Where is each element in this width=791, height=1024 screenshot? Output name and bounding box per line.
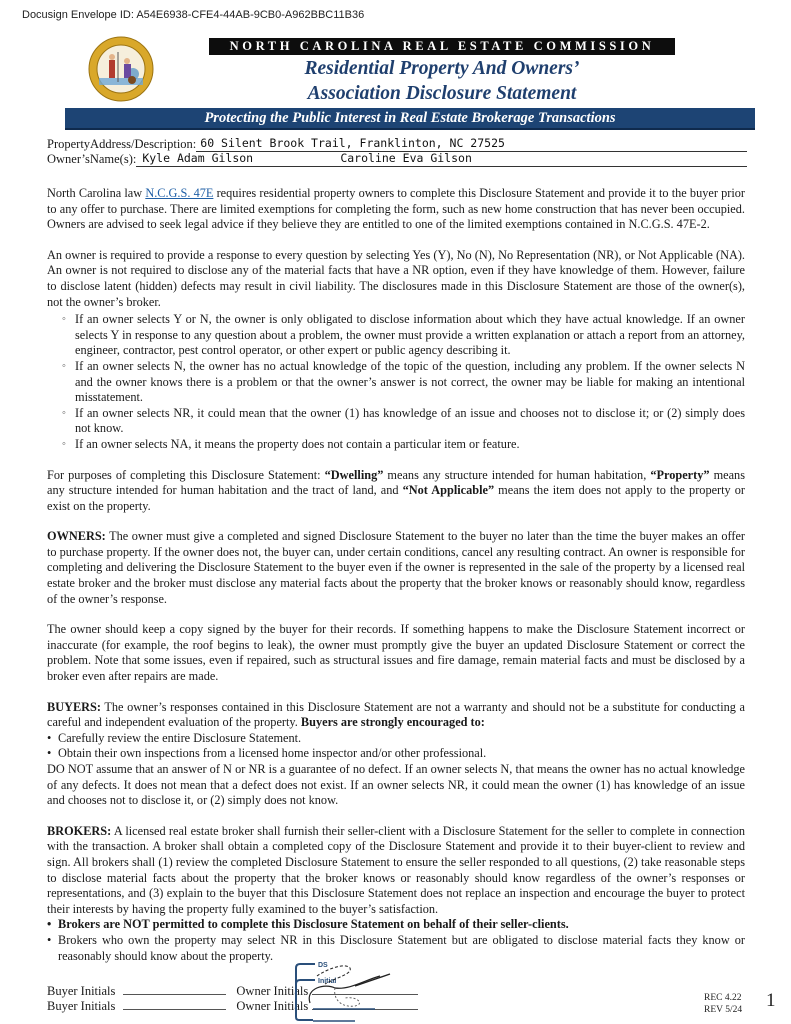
- docusign-initials-stamp-icon: DS Initial: [295, 958, 425, 1024]
- definitions-text: For purposes of completing this Disclosu…: [47, 468, 325, 482]
- buyers-item-review: Carefully review the entire Disclosure S…: [58, 731, 745, 747]
- buyer-initials-label: Buyer Initials: [47, 999, 115, 1013]
- buyer-initials-field-1[interactable]: [123, 983, 226, 995]
- term-property: “Property”: [650, 468, 709, 482]
- form-title-line-2: Association Disclosure Statement: [209, 83, 675, 105]
- commission-banner: NORTH CAROLINA REAL ESTATE COMMISSION: [209, 38, 675, 55]
- nc-seal-icon: [88, 36, 154, 102]
- brokers-heading: BROKERS:: [47, 824, 111, 838]
- rev-line-1: REC 4.22: [704, 992, 742, 1004]
- svg-text:Initial: Initial: [318, 978, 336, 985]
- buyers-encouraged: Buyers are strongly encouraged to:: [301, 715, 485, 729]
- tagline-banner: Protecting the Public Interest in Real E…: [65, 108, 755, 130]
- responses-paragraph: An owner is required to provide a respon…: [47, 248, 745, 310]
- brokers-paragraph: BROKERS: A licensed real estate broker s…: [47, 824, 745, 918]
- brokers-item-not-permitted: Brokers are NOT permitted to complete th…: [58, 917, 745, 933]
- intro-text-start: North Carolina law: [47, 186, 145, 200]
- response-item-y-n: If an owner selects Y or N, the owner is…: [75, 312, 745, 359]
- buyers-list: Carefully review the entire Disclosure S…: [47, 731, 745, 762]
- buyers-heading: BUYERS:: [47, 700, 101, 714]
- rev-line-2: REV 5/24: [704, 1004, 742, 1016]
- docusign-envelope-id: Docusign Envelope ID: A54E6938-CFE4-44AB…: [22, 9, 364, 21]
- disclosure-body: North Carolina law N.C.G.S. 47E requires…: [47, 186, 745, 964]
- owner-names-label: Owner’sName(s):: [47, 152, 136, 167]
- buyers-item-inspections: Obtain their own inspections from a lice…: [58, 746, 745, 762]
- owner-name-1: Kyle Adam Gilson: [142, 151, 253, 165]
- brokers-text: A licensed real estate broker shall furn…: [47, 824, 745, 916]
- buyer-initials-field-2[interactable]: [123, 998, 226, 1010]
- property-address-row: PropertyAddress/Description: 60 Silent B…: [47, 137, 747, 152]
- definitions-text: means any structure intended for human h…: [383, 468, 650, 482]
- property-address-value: 60 Silent Brook Trail, Franklinton, NC 2…: [200, 136, 505, 150]
- ncgs-47e-link[interactable]: N.C.G.S. 47E: [145, 186, 213, 200]
- buyers-warning: DO NOT assume that an answer of N or NR …: [47, 762, 745, 809]
- owner-name-2: Caroline Eva Gilson: [340, 151, 472, 165]
- owners-heading: OWNERS:: [47, 529, 106, 543]
- response-item-na: If an owner selects NA, it means the pro…: [75, 437, 745, 453]
- page-number: 1: [766, 990, 776, 1012]
- term-dwelling: “Dwelling”: [325, 468, 384, 482]
- owners-paragraph: OWNERS: The owner must give a completed …: [47, 529, 745, 607]
- form-title-line-1: Residential Property And Owners’: [209, 58, 675, 80]
- response-item-n: If an owner selects N, the owner has no …: [75, 359, 745, 406]
- response-options-list: If an owner selects Y or N, the owner is…: [47, 312, 745, 452]
- buyer-initials-label: Buyer Initials: [47, 984, 115, 998]
- intro-paragraph: North Carolina law N.C.G.S. 47E requires…: [47, 186, 745, 233]
- revision-info: REC 4.22 REV 5/24: [704, 992, 742, 1016]
- owners-copy-paragraph: The owner should keep a copy signed by t…: [47, 622, 745, 684]
- owners-text: The owner must give a completed and sign…: [47, 529, 745, 605]
- term-not-applicable: “Not Applicable”: [403, 483, 495, 497]
- owner-names-row: Owner’sName(s): Kyle Adam Gilson Carolin…: [47, 152, 747, 167]
- buyers-paragraph: BUYERS: The owner’s responses contained …: [47, 700, 745, 731]
- owner-names-field[interactable]: Kyle Adam Gilson Caroline Eva Gilson: [136, 152, 747, 167]
- property-address-field[interactable]: 60 Silent Brook Trail, Franklinton, NC 2…: [196, 137, 747, 152]
- definitions-paragraph: For purposes of completing this Disclosu…: [47, 468, 745, 515]
- svg-text:DS: DS: [318, 962, 328, 969]
- response-item-nr: If an owner selects NR, it could mean th…: [75, 406, 745, 437]
- property-address-label: PropertyAddress/Description:: [47, 137, 196, 152]
